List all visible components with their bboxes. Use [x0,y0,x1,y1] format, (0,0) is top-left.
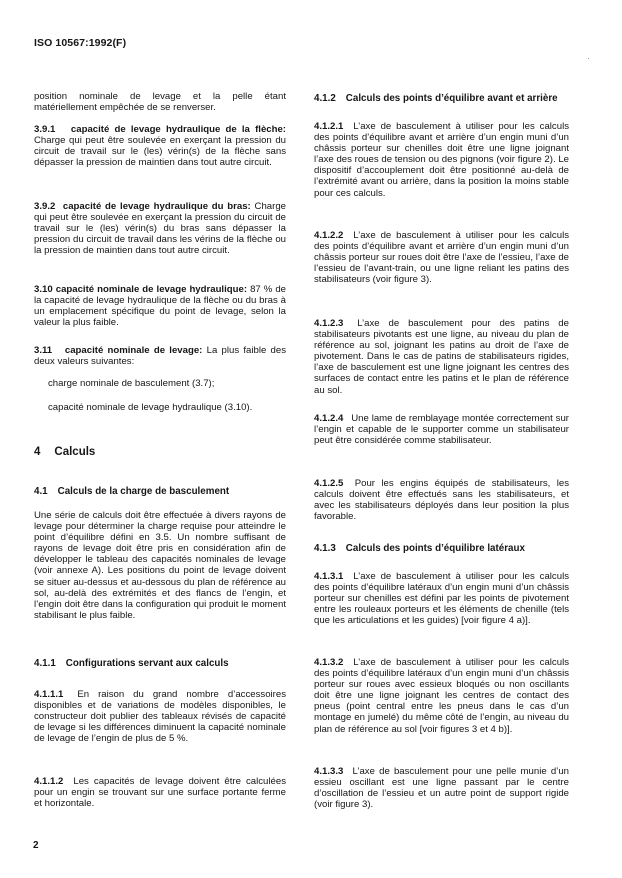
section-title: Calculs des points d’équilibre avant et … [346,93,558,104]
section-heading-4-1-2: 4.1.2Calculs des points d’équilibre avan… [314,93,558,104]
paragraph-text: L’axe de basculement à utiliser pour les… [314,121,569,199]
page-number: 2 [33,840,39,851]
paragraph-4-1-1-1: 4.1.1.1 En raison du grand nombre d’acce… [34,689,286,744]
definition-number: 3.9.1 [34,124,55,135]
paragraph-4-1-2-5: 4.1.2.5 Pour les engins équipés de stabi… [314,478,569,522]
section-number: 4.1 [34,486,48,497]
intro-paragraph: position nominale de levage et la pelle … [34,91,286,113]
paragraph-number: 4.1.1.1 [34,689,63,700]
section-number: 4.1.1 [34,658,56,669]
paragraph-4-1-3-1: 4.1.3.1 L’axe de basculement à utiliser … [314,571,569,626]
paragraph-text: L’axe de basculement pour des patins de … [314,318,569,396]
paragraph-4-1-1-2: 4.1.1.2 Les capacités de levage doivent … [34,776,286,809]
paragraph-text: L’axe de basculement à utiliser pour les… [314,657,569,735]
definition-3-10: 3.10 capacité nominale de levage hydraul… [34,284,286,328]
paragraph-text: En raison du grand nombre d’accessoires … [34,689,286,744]
paragraph-text: L’axe de basculement pour une pelle muni… [314,766,569,810]
paragraph-text: L’axe de basculement à utiliser pour les… [314,571,569,626]
section-title: Calculs des points d’équilibre latéraux [346,543,525,554]
definition-3-11: 3.11 capacité nominale de levage: La plu… [34,345,286,367]
section-number: 4 [34,446,40,458]
paragraph-number: 4.1.2.4 [314,413,343,424]
paragraph-number: 4.1.3.1 [314,571,343,582]
section-number: 4.1.3 [314,543,336,554]
paragraph-number: 4.1.3.3 [314,766,343,777]
section-4-1-text: Une série de calculs doit être effectuée… [34,510,286,621]
list-item: charge nominale de basculement (3.7); [48,378,214,389]
section-title: Calculs [54,446,95,458]
section-heading-4-1: 4.1Calculs de la charge de basculement [34,486,229,497]
paragraph-text: Pour les engins équipés de stabilisateur… [314,478,569,522]
paragraph-text: Une lame de remblayage montée correcteme… [314,413,569,446]
paragraph-4-1-2-3: 4.1.2.3 L’axe de basculement pour des pa… [314,318,569,396]
section-number: 4.1.2 [314,93,336,104]
definition-term: capacité de levage hydraulique du bras: [63,201,251,212]
definition-3-9-1: 3.9.1 capacité de levage hydraulique de … [34,124,286,168]
paragraph-number: 4.1.3.2 [314,657,343,668]
paragraph-number: 4.1.2.2 [314,230,343,241]
paragraph-number: 4.1.2.3 [314,318,343,329]
definition-term: capacité de levage hydraulique de la flè… [71,124,286,135]
definition-3-9-2: 3.9.2 capacité de levage hydraulique du … [34,201,286,256]
definition-number: 3.11 [34,345,52,356]
paragraph-4-1-2-1: 4.1.2.1 L’axe de basculement à utiliser … [314,121,569,199]
paragraph-text: L’axe de basculement à utiliser pour les… [314,230,569,285]
definition-term: capacité nominale de levage: [65,345,202,356]
definition-text: Charge qui peut être soulevée en exerçan… [34,135,286,168]
section-heading-4-1-1: 4.1.1Configurations servant aux calculs [34,658,229,669]
definition-number: 3.10 [34,284,53,295]
definition-number: 3.9.2 [34,201,55,212]
paragraph-4-1-2-2: 4.1.2.2 L’axe de basculement à utiliser … [314,230,569,285]
paragraph-number: 4.1.2.1 [314,121,343,132]
section-heading-4: 4Calculs [34,446,95,458]
paragraph-4-1-3-3: 4.1.3.3 L’axe de basculement pour une pe… [314,766,569,810]
list-item: capacité nominale de levage hydraulique … [48,402,252,413]
section-heading-4-1-3: 4.1.3Calculs des points d’équilibre laté… [314,543,525,554]
paragraph-number: 4.1.1.2 [34,776,63,787]
paragraph-text: Les capacités de levage doivent être cal… [34,776,286,809]
paragraph-4-1-2-4: 4.1.2.4 Une lame de remblayage montée co… [314,413,569,446]
paragraph-4-1-3-2: 4.1.3.2 L’axe de basculement à utiliser … [314,657,569,735]
scan-speck [588,58,589,59]
section-title: Configurations servant aux calculs [66,658,229,669]
document-header-id: ISO 10567:1992(F) [34,37,126,49]
paragraph-number: 4.1.2.5 [314,478,343,489]
section-title: Calculs de la charge de basculement [58,486,230,497]
definition-term: capacité nominale de levage hydraulique: [56,284,247,295]
